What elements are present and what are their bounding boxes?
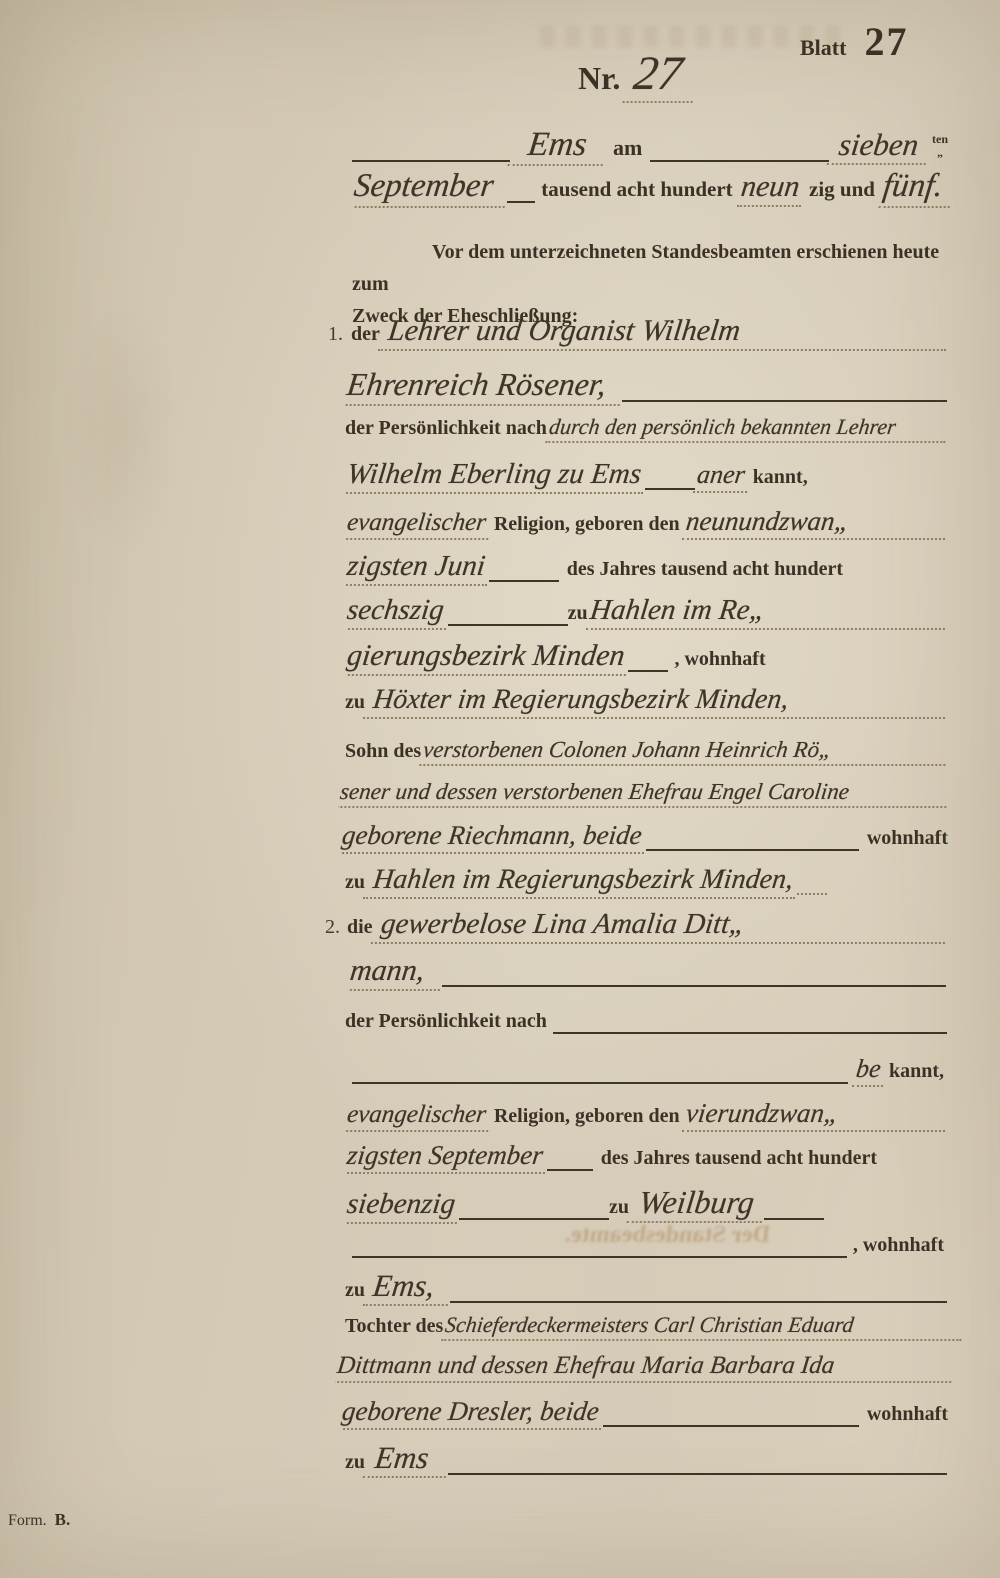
- blank-rule: [448, 606, 568, 626]
- blank-rule: [352, 142, 510, 162]
- groom-parents3: geborene Riechmann, beide: [340, 820, 648, 854]
- groom-birth-day2: zigsten Juni: [345, 550, 491, 586]
- bride-identification-line1: der Persönlichkeit nach: [345, 1010, 947, 1034]
- registry-form-page: Blatt 27 Nr. 27 Ems am sieben ten „ Sept…: [0, 0, 1000, 1578]
- am-label: am: [613, 135, 642, 161]
- des-jahres-label: des Jahres tausend acht hundert: [567, 558, 843, 581]
- tausend-label: tausend acht hundert: [541, 177, 732, 202]
- bride-birth-year: siebenzig: [345, 1188, 461, 1224]
- groom-aner: aner: [693, 460, 751, 493]
- groom-birth-year: sechszig: [345, 594, 450, 630]
- dateline-unit: fünf.: [878, 168, 952, 208]
- blank-rule: [459, 1200, 609, 1220]
- groom-parents2: sener und dessen verstorbenen Ehefrau En…: [338, 779, 948, 808]
- dateline-place: Ems: [508, 126, 607, 166]
- zu-label: zu: [345, 871, 365, 894]
- blank-rule: [797, 875, 827, 895]
- paper-stain: [540, 26, 840, 48]
- bride-name-line: mann,: [348, 954, 946, 991]
- bride-parents-residence: Ems: [363, 1440, 451, 1478]
- zu-label: zu: [345, 1451, 365, 1474]
- kannt-label: kannt,: [753, 466, 808, 489]
- groom-occupation: Lehrer und Organist Wilhelm: [378, 314, 948, 351]
- sohn-des-label: Sohn des: [345, 740, 421, 763]
- dateline-year: September tausend acht hundert neun zig …: [352, 168, 952, 208]
- kannt-label: kannt,: [889, 1060, 944, 1083]
- groom-birth-day1: neunundzwan„: [682, 506, 947, 540]
- bride-parents3: geborene Dresler, beide: [340, 1396, 605, 1430]
- bride-birth-month-line: zigsten September des Jahres tausend ach…: [345, 1140, 947, 1174]
- nr-header: Nr. 27: [578, 46, 758, 103]
- bride-item-number: 2.: [325, 916, 340, 939]
- groom-religion-birth-line: evangelischer Religion, geboren den neun…: [345, 506, 947, 540]
- groom-birth-place2: gierungsbezirk Minden: [345, 639, 631, 676]
- bride-religion: evangelischer: [345, 1101, 492, 1132]
- blank-rule: [646, 831, 859, 851]
- groom-parents-residence: Hahlen im Regierungsbezirk Minden,: [363, 864, 799, 899]
- groom-recognition2: Wilhelm Eberling zu Ems: [345, 458, 647, 494]
- des-jahres-label: des Jahres tausend acht hundert: [601, 1147, 877, 1170]
- nr-label: Nr.: [578, 60, 620, 97]
- wohnhaft-label: wohnhaft: [867, 827, 948, 850]
- groom-article: der: [351, 323, 380, 346]
- bride-religion-birth-line: evangelischer Religion, geboren den vier…: [345, 1098, 947, 1132]
- bride-birth-day2: zigsten September: [345, 1140, 549, 1174]
- wohnhaft-label: , wohnhaft: [674, 648, 765, 671]
- groom-name-line: Ehrenreich Rösener,: [345, 366, 947, 406]
- blatt-header: Blatt 27: [800, 18, 970, 65]
- bride-parents-residence-line: zu Ems: [345, 1440, 947, 1478]
- zu-label: zu: [568, 602, 588, 625]
- intro-line1: Vor dem unterzeichneten Standesbeamten e…: [352, 236, 950, 300]
- bride-occupation: gewerbelose Lina Amalia Ditt„: [370, 908, 947, 944]
- groom-occupation-line: 1. der Lehrer und Organist Wilhelm: [328, 314, 948, 351]
- groom-identification-line1: der Persönlichkeit nach durch den persön…: [345, 414, 947, 443]
- groom-item-number: 1.: [328, 323, 343, 346]
- bride-birth-day1: vierundzwan„: [682, 1098, 947, 1132]
- wohnhaft-label: , wohnhaft: [853, 1234, 944, 1257]
- dateline-day: sieben: [826, 127, 930, 165]
- blatt-number: 27: [864, 18, 908, 65]
- religion-geboren-label: Religion, geboren den: [494, 1105, 680, 1128]
- paper-stain: [60, 300, 180, 560]
- blank-rule: [352, 1064, 848, 1084]
- form-letter: B.: [55, 1510, 71, 1530]
- groom-name: Ehrenreich Rösener,: [345, 366, 624, 406]
- groom-identification-line2: Wilhelm Eberling zu Ems aner kannt,: [345, 458, 947, 494]
- groom-birth-month-line: zigsten Juni des Jahres tausend acht hun…: [345, 550, 947, 586]
- dateline-decade: neun: [736, 170, 805, 207]
- nr-value: 27: [623, 46, 700, 103]
- ten-suffix: ten „: [932, 133, 948, 158]
- blank-rule: [442, 967, 946, 987]
- religion-geboren-label: Religion, geboren den: [494, 513, 680, 536]
- groom-religion: evangelischer: [345, 509, 492, 540]
- blank-rule: [448, 1455, 947, 1475]
- blank-rule: [622, 382, 947, 402]
- groom-parents-line3: geborene Riechmann, beide wohnhaft: [340, 820, 948, 854]
- zu-label: zu: [345, 691, 365, 714]
- bride-be: be: [852, 1054, 887, 1087]
- groom-parents-line2: sener und dessen verstorbenen Ehefrau En…: [338, 779, 948, 808]
- blank-rule: [450, 1283, 947, 1303]
- blank-rule: [489, 562, 559, 582]
- persoenlichkeit-label: der Persönlichkeit nach: [345, 1010, 547, 1033]
- bride-birth-place: Weilburg: [627, 1184, 767, 1223]
- groom-recognition1: durch den persönlich bekannten Lehrer: [545, 414, 947, 443]
- blank-rule: [547, 1151, 593, 1171]
- dateline-place-day: Ems am sieben ten „: [352, 126, 948, 170]
- bride-parents-line2: Dittmann und dessen Ehefrau Maria Barbar…: [335, 1352, 953, 1383]
- ten-suffix-bottom: „: [937, 146, 943, 159]
- groom-parents1: verstorbenen Colonen Johann Heinrich Rö„: [419, 737, 947, 766]
- blank-rule: [603, 1407, 859, 1427]
- zig-und-label: zig und: [809, 177, 875, 202]
- bride-parents2: Dittmann und dessen Ehefrau Maria Barbar…: [335, 1352, 953, 1383]
- groom-birth-year-line: sechszig zu Hahlen im Re„: [345, 594, 947, 630]
- blank-rule: [645, 470, 695, 490]
- dateline-month: September: [352, 168, 510, 208]
- blank-rule: [352, 1238, 847, 1258]
- blank-rule: [628, 652, 668, 672]
- groom-residence: Höxter im Regierungsbezirk Minden,: [363, 684, 947, 719]
- bride-residence-line: zu Ems,: [345, 1268, 947, 1306]
- blatt-label: Blatt: [800, 35, 846, 61]
- bride-residence: Ems,: [363, 1268, 453, 1306]
- zu-label: zu: [609, 1196, 629, 1219]
- groom-birth-place-line2: gierungsbezirk Minden , wohnhaft: [345, 639, 947, 676]
- bride-parents-line3: geborene Dresler, beide wohnhaft: [340, 1396, 948, 1430]
- bride-name: mann,: [348, 954, 444, 991]
- bride-parents-line1: Tochter des Schieferdeckermeisters Carl …: [345, 1312, 963, 1341]
- bride-residence-blank-line: , wohnhaft: [352, 1234, 944, 1258]
- form-footer: Form. B.: [8, 1510, 128, 1530]
- bride-parents1: Schieferdeckermeisters Carl Christian Ed…: [442, 1312, 963, 1341]
- zu-label: zu: [345, 1279, 365, 1302]
- form-label: Form.: [8, 1512, 47, 1530]
- ten-suffix-top: ten: [932, 133, 948, 146]
- bride-birth-year-line: siebenzig zu Weilburg: [345, 1184, 953, 1224]
- groom-parents-residence-line: zu Hahlen im Regierungsbezirk Minden,: [345, 864, 947, 899]
- persoenlichkeit-label: der Persönlichkeit nach: [345, 417, 547, 440]
- blank-rule: [764, 1200, 824, 1220]
- bride-identification-line2: be kannt,: [352, 1054, 944, 1087]
- groom-parents-line1: Sohn des verstorbenen Colonen Johann Hei…: [345, 737, 947, 766]
- blank-rule: [507, 183, 535, 203]
- bride-article: die: [347, 916, 373, 939]
- bride-occupation-line: 2. die gewerbelose Lina Amalia Ditt„: [325, 908, 947, 944]
- wohnhaft-label: wohnhaft: [867, 1403, 948, 1426]
- groom-residence-line: zu Höxter im Regierungsbezirk Minden,: [345, 684, 947, 719]
- blank-rule: [553, 1014, 947, 1034]
- blank-rule: [650, 142, 828, 162]
- groom-birth-place1: Hahlen im Re„: [585, 594, 947, 630]
- tochter-des-label: Tochter des: [345, 1315, 443, 1338]
